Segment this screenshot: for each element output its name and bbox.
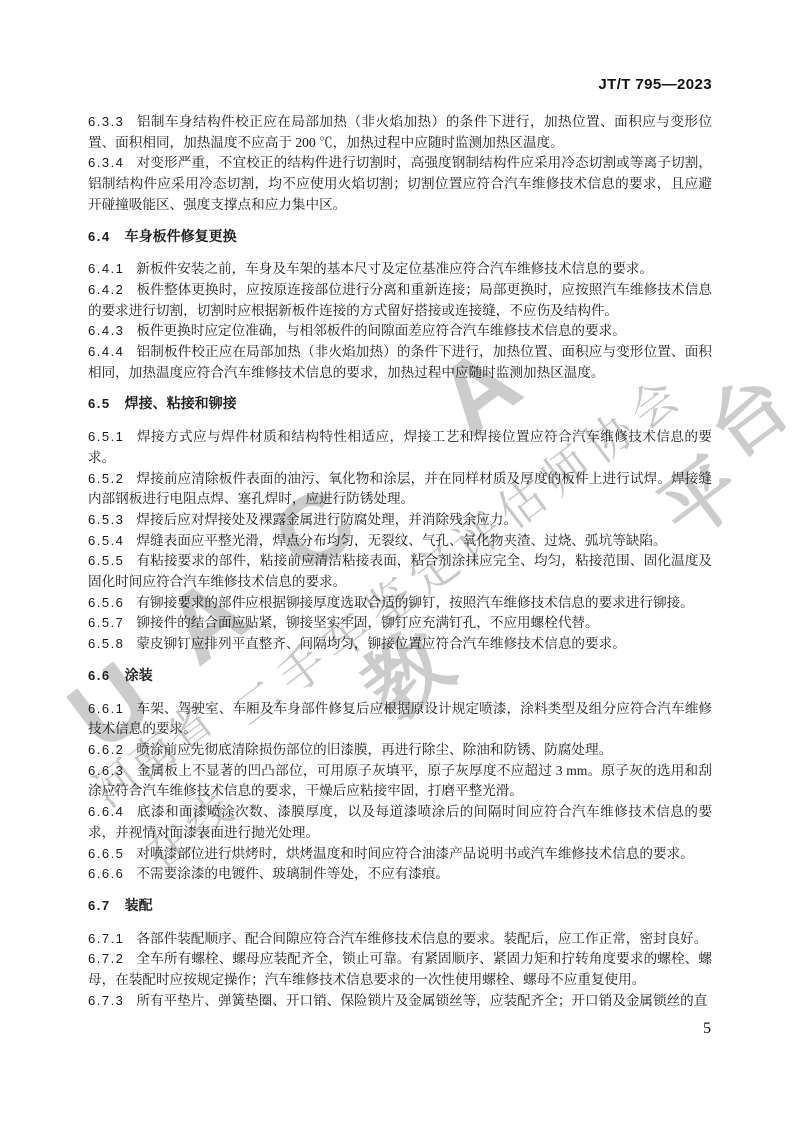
clause-text: 有粘接要求的部件，粘接前应清洁粘接表面，粘合剂涂抹应完全、均匀，粘接范围、固化温… xyxy=(88,553,712,589)
clause-text: 焊接前应清除板件表面的油污、氧化物和涂层，并在同样材质及厚度的板件上进行试焊。焊… xyxy=(88,471,712,507)
document-content: 6.3.3铝制车身结构件校正应在局部加热（非火焰加热）的条件下进行，加热位置、面… xyxy=(88,112,712,1011)
clause-number: 6.5.4 xyxy=(88,533,124,548)
section-title: 车身板件修复更换 xyxy=(125,228,237,244)
clause-paragraph: 6.6.5对喷漆部位进行烘烤时，烘烤温度和时间应符合油漆产品说明书或汽车维修技术… xyxy=(88,844,712,865)
section-heading: 6.7装配 xyxy=(88,895,712,917)
clause-text: 底漆和面漆喷涂次数、漆膜厚度，以及每道漆喷涂后的间隔时间应符合汽车维修技术信息的… xyxy=(88,804,712,840)
clause-number: 6.6.2 xyxy=(88,742,124,757)
clause-text: 铆接件的结合面应贴紧，铆接坚实牢固，铆钉应充满钉孔，不应用螺栓代替。 xyxy=(136,615,598,630)
clause-text: 不需要涂漆的电镀件、玻璃制件等处，不应有漆痕。 xyxy=(136,866,449,881)
section-title: 焊接、粘接和铆接 xyxy=(125,395,237,411)
clause-paragraph: 6.4.4铝制板件校正应在局部加热（非火焰加热）的条件下进行，加热位置、面积应与… xyxy=(88,342,712,383)
clause-paragraph: 6.5.6有铆接要求的部件应根据铆接厚度选取合适的铆钉，按照汽车维修技术信息的要… xyxy=(88,593,712,614)
clause-number: 6.6.5 xyxy=(88,846,124,861)
clause-number: 6.5.8 xyxy=(88,636,124,651)
clause-number: 6.6.1 xyxy=(88,701,124,716)
clause-text: 各部件装配顺序、配合间隙应符合汽车维修技术信息的要求。装配后，应工作正常，密封良… xyxy=(136,931,707,946)
clause-text: 铝制板件校正应在局部加热（非火焰加热）的条件下进行，加热位置、面积应与变形位置、… xyxy=(88,344,712,380)
clause-number: 6.5.3 xyxy=(88,512,124,527)
clause-paragraph: 6.6.4底漆和面漆喷涂次数、漆膜厚度，以及每道漆喷涂后的间隔时间应符合汽车维修… xyxy=(88,802,712,843)
clause-number: 6.5.6 xyxy=(88,595,124,610)
clause-text: 焊接后应对焊接处及裸露金属进行防腐处理，并消除残余应力。 xyxy=(136,512,517,527)
clause-number: 6.5.1 xyxy=(88,429,124,444)
clause-text: 有铆接要求的部件应根据铆接厚度选取合适的铆钉，按照汽车维修技术信息的要求进行铆接… xyxy=(136,595,693,610)
section-number: 6.7 xyxy=(88,898,111,913)
doc-code: JT/T 795—2023 xyxy=(598,76,712,93)
clause-text: 对变形严重，不宜校正的结构件进行切割时，高强度钢制结构件应采用冷态切割或等离子切… xyxy=(88,155,712,211)
section-number: 6.5 xyxy=(88,396,111,411)
clause-paragraph: 6.6.2喷涂前应先彻底清除损伤部位的旧漆膜，再进行除尘、除油和防锈、防腐处理。 xyxy=(88,740,712,761)
clause-text: 焊缝表面应平整光滑，焊点分布均匀，无裂纹、气孔、氧化物夹渣、过烧、弧坑等缺陷。 xyxy=(136,533,666,548)
clause-number: 6.4.4 xyxy=(88,344,124,359)
clause-number: 6.7.3 xyxy=(88,993,124,1008)
clause-text: 所有平垫片、弹簧垫圈、开口销、保险锁片及金属锁丝等，应装配齐全；开口销及金属锁丝… xyxy=(136,993,707,1008)
clause-paragraph: 6.5.1焊接方式应与焊件材质和结构特性相适应，焊接工艺和焊接位置应符合汽车维修… xyxy=(88,427,712,468)
clause-number: 6.6.3 xyxy=(88,763,124,778)
clause-text: 板件更换时应定位准确，与相邻板件的间隙面差应符合汽车维修技术信息的要求。 xyxy=(136,323,625,338)
section-heading: 6.4车身板件修复更换 xyxy=(88,226,712,248)
clause-paragraph: 6.6.6不需要涂漆的电镀件、玻璃制件等处，不应有漆痕。 xyxy=(88,864,712,885)
clause-paragraph: 6.3.3铝制车身结构件校正应在局部加热（非火焰加热）的条件下进行，加热位置、面… xyxy=(88,112,712,153)
clause-number: 6.5.2 xyxy=(88,471,124,486)
clause-text: 板件整体更换时，应按原连接部位进行分离和重新连接；局部更换时，应按照汽车维修技术… xyxy=(88,282,712,318)
clause-text: 金属板上不显著的凹凸部位，可用原子灰填平，原子灰厚度不应超过 3 mm。原子灰的… xyxy=(88,763,712,799)
clause-number: 6.5.5 xyxy=(88,553,124,568)
clause-paragraph: 6.7.3所有平垫片、弹簧垫圈、开口销、保险锁片及金属锁丝等，应装配齐全；开口销… xyxy=(88,991,712,1012)
clause-paragraph: 6.5.2焊接前应清除板件表面的油污、氧化物和涂层，并在同样材质及厚度的板件上进… xyxy=(88,469,712,510)
document-page: ACAU二手车鉴定评估师协会河南省在线教平台 JT/T 795—2023 6.3… xyxy=(0,0,800,1131)
clause-paragraph: 6.3.4对变形严重，不宜校正的结构件进行切割时，高强度钢制结构件应采用冷态切割… xyxy=(88,153,712,215)
clause-paragraph: 6.5.5有粘接要求的部件，粘接前应清洁粘接表面，粘合剂涂抹应完全、均匀，粘接范… xyxy=(88,551,712,592)
clause-paragraph: 6.5.3焊接后应对焊接处及裸露金属进行防腐处理，并消除残余应力。 xyxy=(88,510,712,531)
clause-number: 6.3.3 xyxy=(88,114,124,129)
clause-paragraph: 6.5.8蒙皮铆钉应排列平直整齐、间隔均匀，铆接位置应符合汽车维修技术信息的要求… xyxy=(88,634,712,655)
clause-number: 6.3.4 xyxy=(88,155,124,170)
clause-number: 6.7.2 xyxy=(88,951,124,966)
clause-text: 蒙皮铆钉应排列平直整齐、间隔均匀，铆接位置应符合汽车维修技术信息的要求。 xyxy=(136,636,625,651)
clause-paragraph: 6.7.1各部件装配顺序、配合间隙应符合汽车维修技术信息的要求。装配后，应工作正… xyxy=(88,929,712,950)
clause-number: 6.6.4 xyxy=(88,804,124,819)
clause-paragraph: 6.6.3金属板上不显著的凹凸部位，可用原子灰填平，原子灰厚度不应超过 3 mm… xyxy=(88,761,712,802)
clause-paragraph: 6.7.2全车所有螺栓、螺母应装配齐全，锁止可靠。有紧固顺序、紧固力矩和拧转角度… xyxy=(88,949,712,990)
clause-text: 焊接方式应与焊件材质和结构特性相适应，焊接工艺和焊接位置应符合汽车维修技术信息的… xyxy=(88,429,712,465)
clause-paragraph: 6.5.4焊缝表面应平整光滑，焊点分布均匀，无裂纹、气孔、氧化物夹渣、过烧、弧坑… xyxy=(88,531,712,552)
clause-text: 铝制车身结构件校正应在局部加热（非火焰加热）的条件下进行，加热位置、面积应与变形… xyxy=(88,114,712,150)
page-number: 5 xyxy=(703,1020,711,1038)
clause-paragraph: 6.5.7铆接件的结合面应贴紧，铆接坚实牢固，铆钉应充满钉孔，不应用螺栓代替。 xyxy=(88,613,712,634)
clause-number: 6.4.1 xyxy=(88,261,124,276)
section-title: 涂装 xyxy=(125,667,153,683)
clause-paragraph: 6.4.1新板件安装之前，车身及车架的基本尺寸及定位基准应符合汽车维修技术信息的… xyxy=(88,259,712,280)
clause-number: 6.4.2 xyxy=(88,282,124,297)
clause-paragraph: 6.6.1车架、驾驶室、车厢及车身部件修复后应根据原设计规定喷漆，涂料类型及组分… xyxy=(88,699,712,740)
clause-paragraph: 6.4.3板件更换时应定位准确，与相邻板件的间隙面差应符合汽车维修技术信息的要求… xyxy=(88,321,712,342)
clause-number: 6.7.1 xyxy=(88,931,124,946)
clause-paragraph: 6.4.2板件整体更换时，应按原连接部位进行分离和重新连接；局部更换时，应按照汽… xyxy=(88,280,712,321)
section-heading: 6.6涂装 xyxy=(88,665,712,687)
section-number: 6.6 xyxy=(88,668,111,683)
clause-number: 6.6.6 xyxy=(88,866,124,881)
clause-number: 6.5.7 xyxy=(88,615,124,630)
section-number: 6.4 xyxy=(88,229,111,244)
clause-text: 车架、驾驶室、车厢及车身部件修复后应根据原设计规定喷漆，涂料类型及组分应符合汽车… xyxy=(88,701,712,737)
clause-text: 全车所有螺栓、螺母应装配齐全，锁止可靠。有紧固顺序、紧固力矩和拧转角度要求的螺栓… xyxy=(88,951,712,987)
section-title: 装配 xyxy=(125,897,153,913)
clause-text: 对喷漆部位进行烘烤时，烘烤温度和时间应符合油漆产品说明书或汽车维修技术信息的要求… xyxy=(136,846,693,861)
section-heading: 6.5焊接、粘接和铆接 xyxy=(88,393,712,415)
clause-number: 6.4.3 xyxy=(88,323,124,338)
clause-text: 新板件安装之前，车身及车架的基本尺寸及定位基准应符合汽车维修技术信息的要求。 xyxy=(136,261,653,276)
clause-text: 喷涂前应先彻底清除损伤部位的旧漆膜，再进行除尘、除油和防锈、防腐处理。 xyxy=(136,742,612,757)
